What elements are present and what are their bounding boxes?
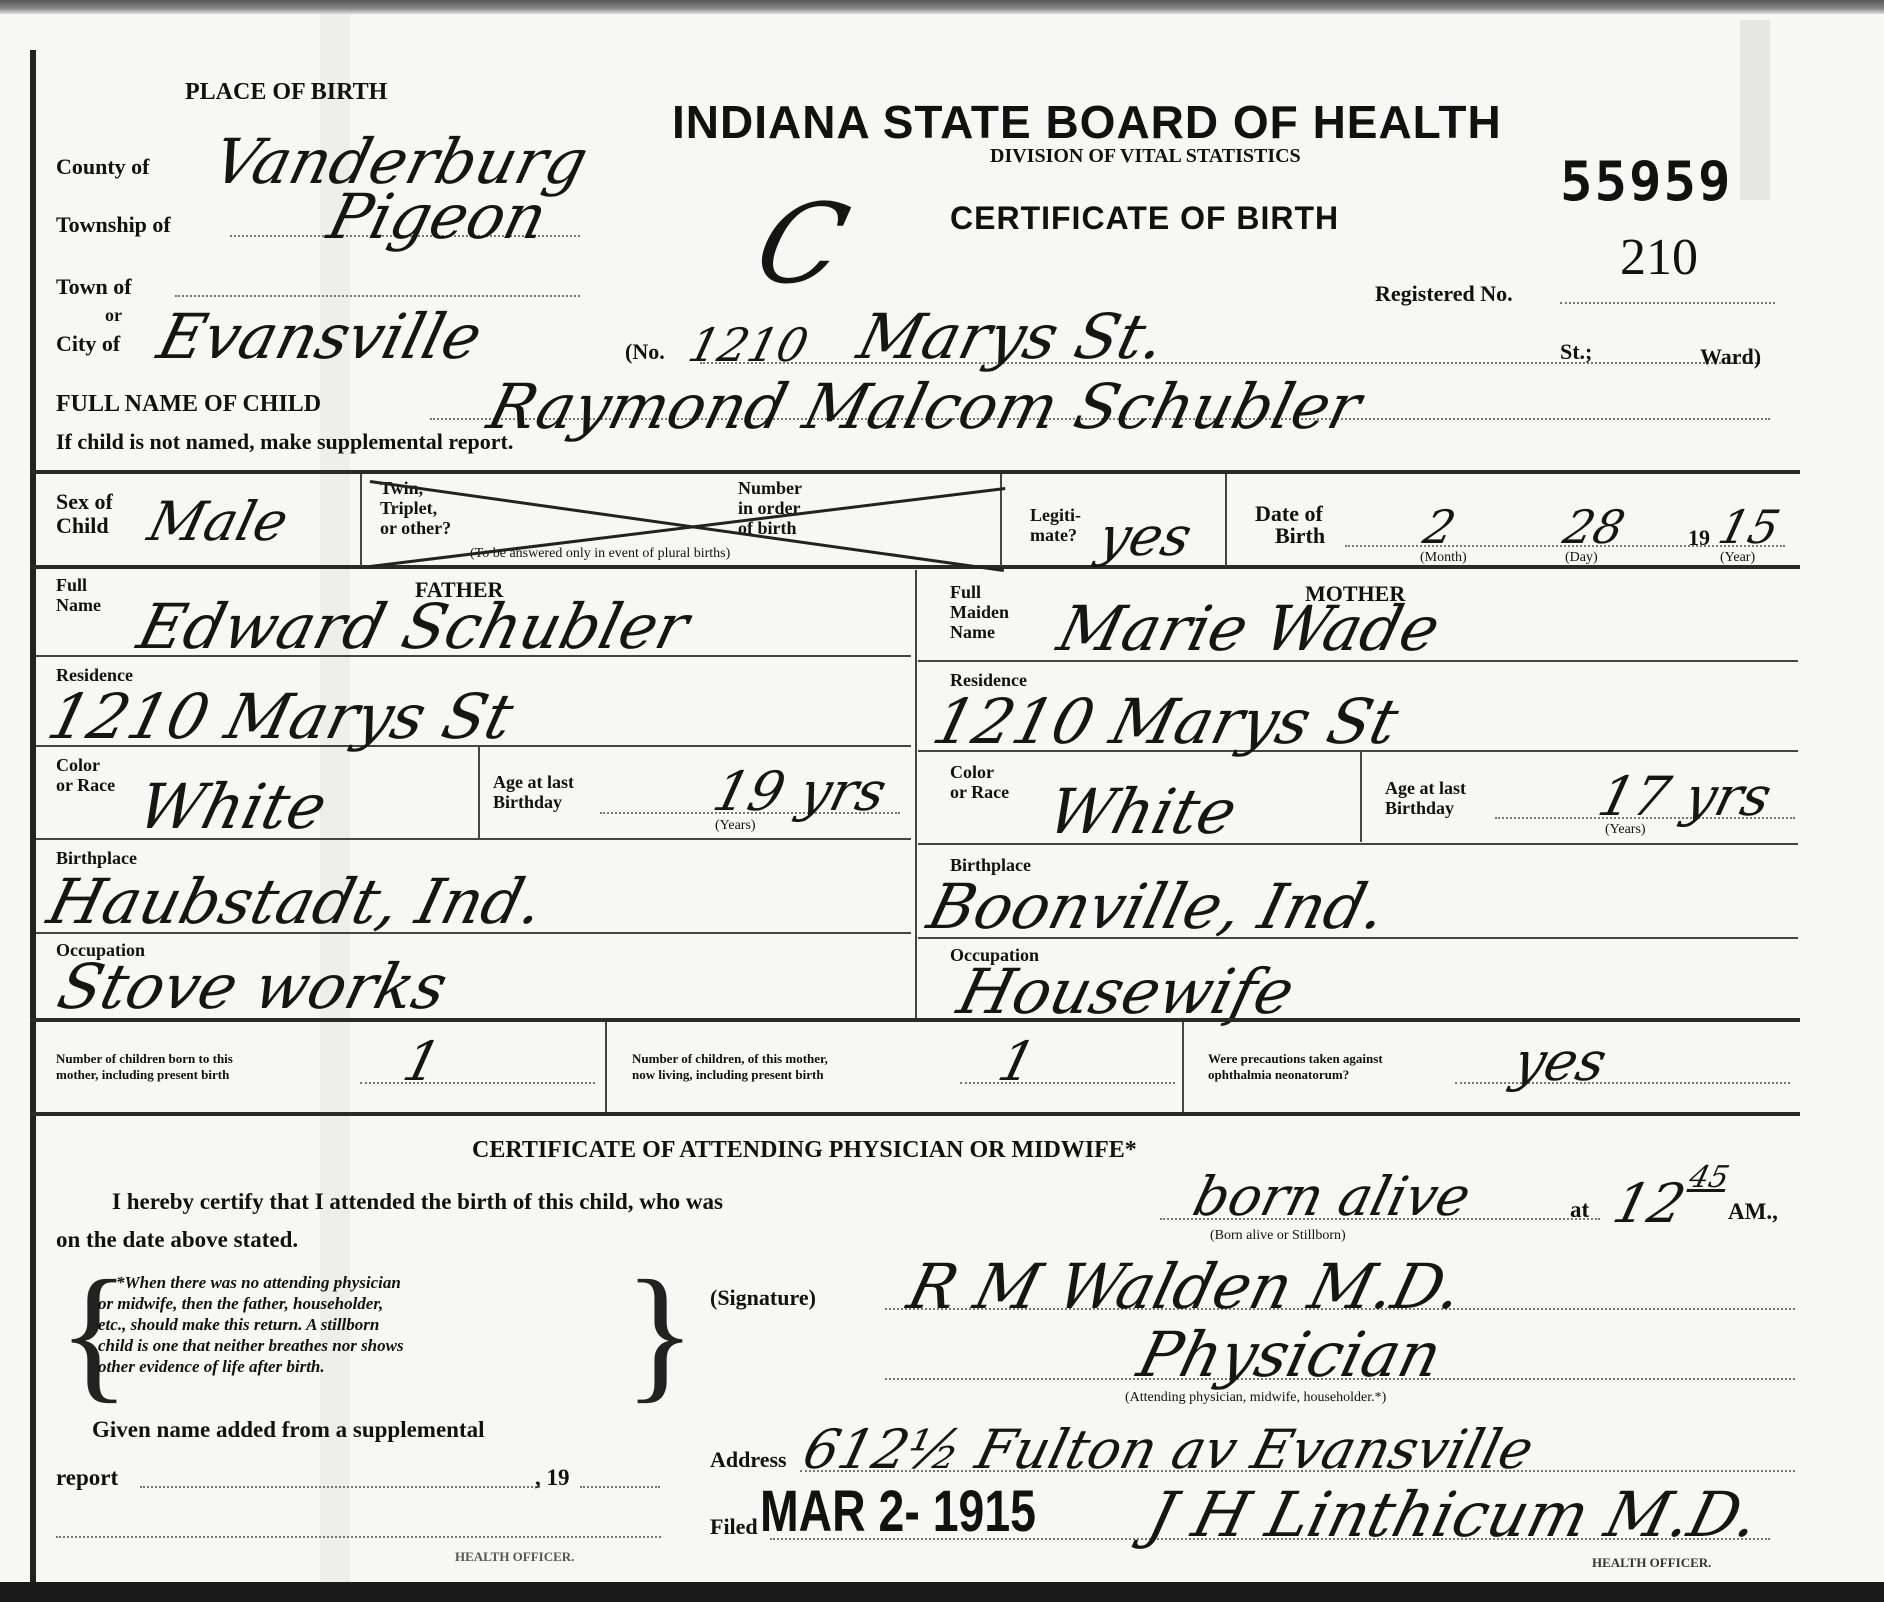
- father-name: Edward Schubler: [131, 590, 696, 663]
- health-officer-label: HEALTH OFFICER.: [1592, 1556, 1711, 1570]
- legit-label-1: Legiti-: [1030, 505, 1081, 525]
- mother-years-label: (Years): [1605, 822, 1646, 838]
- place-of-birth-heading: PLACE OF BIRTH: [185, 80, 387, 104]
- mother-age-label-2: Birthday: [1385, 798, 1454, 818]
- day-label: (Day): [1565, 550, 1598, 566]
- rule-sex-bottom: [30, 565, 1800, 569]
- father-color-label-2: or Race: [56, 775, 115, 795]
- county-label: County of: [56, 155, 150, 179]
- father-age-label-2: Birthday: [493, 792, 562, 812]
- divider-father-mother: [915, 570, 917, 1020]
- scan-top-edge: [0, 0, 1884, 14]
- or-label: or: [105, 305, 122, 325]
- mother-name-label-1: Full: [950, 582, 981, 602]
- father-color: White: [131, 770, 334, 843]
- physician-heading: CERTIFICATE OF ATTENDING PHYSICIAN OR MI…: [472, 1138, 1137, 1162]
- divider-children-1: [605, 1022, 607, 1112]
- child-name-value: Raymond Malcom Schubler: [481, 370, 1368, 443]
- physician-address: 612½ Fulton av Evansville: [797, 1418, 1540, 1481]
- precaution-label-2: ophthalmia neonatorum?: [1208, 1068, 1349, 1082]
- left-border-rule: [30, 50, 36, 1582]
- divider-children-2: [1182, 1022, 1184, 1112]
- plural-label-3: or other?: [380, 518, 451, 538]
- sex-label-2: Child: [56, 514, 109, 538]
- children-born-label-2: mother, including present birth: [56, 1068, 229, 1082]
- at-label: at: [1570, 1198, 1589, 1222]
- rule-children-bottom: [30, 1112, 1800, 1116]
- rule-sex-top: [30, 470, 1800, 474]
- note-brace-right: }: [624, 1258, 696, 1408]
- file-number-stamp: 55959: [1560, 150, 1733, 213]
- father-age-label-1: Age at last: [493, 772, 574, 792]
- note-line: *When there was no attending physician: [98, 1272, 628, 1293]
- father-age: 19 yrs: [707, 760, 893, 823]
- report-line: [140, 1486, 540, 1488]
- dob-century: 19: [1688, 526, 1710, 550]
- report-year-prefix: , 19: [535, 1466, 570, 1490]
- birth-time-hour: 12: [1607, 1172, 1691, 1235]
- mother-name: Marie Wade: [1051, 592, 1447, 665]
- certificate-title: CERTIFICATE OF BIRTH: [950, 200, 1339, 237]
- registered-number: 210: [1620, 228, 1698, 287]
- sex-value: Male: [142, 490, 294, 553]
- precaution-label-1: Were precautions taken against: [1208, 1052, 1383, 1066]
- signature-label: (Signature): [710, 1286, 816, 1310]
- sex-label-1: Sex of: [56, 490, 113, 514]
- physician-title: Physician: [1131, 1318, 1449, 1391]
- mother-color-label-1: Color: [950, 762, 994, 782]
- city-value: Evansville: [151, 300, 489, 373]
- mother-name-label-2: Maiden: [950, 602, 1009, 622]
- order-label-1: Number: [738, 478, 802, 498]
- father-name-label-2: Name: [56, 595, 101, 615]
- issuer-title: INDIANA STATE BOARD OF HEALTH: [672, 95, 1502, 149]
- born-status-label: (Born alive or Stillborn): [1210, 1228, 1346, 1244]
- mother-birthplace: Boonville, Ind.: [921, 870, 1394, 943]
- year-label: (Year): [1720, 550, 1755, 566]
- born-status-value: born alive: [1187, 1165, 1477, 1228]
- note-line: child is one that neither breathes nor s…: [98, 1335, 628, 1356]
- divider-sex: [360, 474, 362, 566]
- town-line: [175, 295, 580, 297]
- ward-label: Ward): [1700, 345, 1761, 369]
- father-occupation: Stove works: [51, 950, 455, 1023]
- father-birthplace: Haubstadt, Ind.: [41, 865, 551, 938]
- mother-name-label-3: Name: [950, 622, 995, 642]
- divider-legit: [1225, 474, 1227, 566]
- health-officer-signature: J H Linthicum M.D.: [1141, 1478, 1767, 1551]
- birth-time-ampm: AM.,: [1728, 1200, 1778, 1224]
- child-name-label: FULL NAME OF CHILD: [56, 392, 321, 416]
- father-residence: 1210 Marys St: [41, 680, 521, 753]
- mother-residence: 1210 Marys St: [926, 685, 1406, 758]
- physician-signature: R M Walden M.D.: [901, 1250, 1470, 1323]
- dob-label-2: Birth: [1275, 524, 1325, 548]
- children-born-line: [360, 1082, 595, 1084]
- scan-bottom-edge: [0, 1582, 1884, 1602]
- note-line: etc., should make this return. A stillbo…: [98, 1314, 628, 1335]
- supplemental-officer-label: HEALTH OFFICER.: [455, 1550, 574, 1564]
- mother-age-label-1: Age at last: [1385, 778, 1466, 798]
- margin-mark: C: [744, 180, 860, 308]
- note-line: or midwife, then the father, householder…: [98, 1293, 628, 1314]
- not-named-note: If child is not named, make supplemental…: [56, 430, 513, 454]
- given-name-label: Given name added from a supplemental: [92, 1418, 485, 1442]
- precaution-line: [1455, 1082, 1790, 1084]
- mother-color: White: [1041, 775, 1244, 848]
- precaution-value: yes: [1507, 1030, 1613, 1093]
- address-label: Address: [710, 1448, 787, 1472]
- supplemental-officer-line: [56, 1536, 661, 1538]
- division-subtitle: DIVISION OF VITAL STATISTICS: [990, 145, 1301, 168]
- physician-title-label: (Attending physician, midwife, household…: [1125, 1390, 1386, 1406]
- divider-mother-age: [1360, 752, 1362, 842]
- street-no-label: (No.: [625, 340, 665, 364]
- certify-text-2: on the date above stated.: [56, 1228, 298, 1252]
- report-year-line: [580, 1486, 660, 1488]
- children-living-label-2: now living, including present birth: [632, 1068, 824, 1082]
- month-label: (Month): [1420, 550, 1467, 566]
- divider-father-age: [478, 745, 480, 838]
- children-born-label-1: Number of children born to this: [56, 1052, 233, 1066]
- father-years-label: (Years): [715, 818, 756, 834]
- city-label: City of: [56, 332, 120, 356]
- township-label: Township of: [56, 213, 171, 237]
- plural-label-2: Triplet,: [380, 498, 437, 518]
- father-color-label-1: Color: [56, 755, 100, 775]
- filed-date-stamp: MAR 2- 1915: [760, 1478, 1036, 1545]
- father-name-label-1: Full: [56, 575, 87, 595]
- registered-no-line: [1560, 302, 1775, 304]
- children-living-label-1: Number of children, of this mother,: [632, 1052, 828, 1066]
- town-label: Town of: [56, 275, 132, 299]
- children-living-line: [960, 1082, 1175, 1084]
- registered-no-label: Registered No.: [1375, 282, 1513, 306]
- legitimate-value: yes: [1092, 505, 1198, 568]
- scan-smudge: [1740, 20, 1770, 200]
- legit-label-2: mate?: [1030, 525, 1077, 545]
- filed-label: Filed: [710, 1515, 758, 1539]
- mother-color-label-2: or Race: [950, 782, 1009, 802]
- note-line: other evidence of life after birth.: [98, 1356, 628, 1377]
- birth-time-minutes: 45: [1686, 1160, 1733, 1195]
- stillborn-note: *When there was no attending physician o…: [98, 1272, 628, 1377]
- report-label: report: [56, 1466, 118, 1490]
- township-value: Pigeon: [321, 180, 554, 253]
- rule-children-top: [30, 1018, 1800, 1022]
- street-value: Marys St.: [851, 300, 1173, 373]
- st-label: St.;: [1560, 340, 1592, 364]
- mother-age: 17 yrs: [1592, 765, 1778, 828]
- certify-text-1: I hereby certify that I attended the bir…: [112, 1190, 723, 1214]
